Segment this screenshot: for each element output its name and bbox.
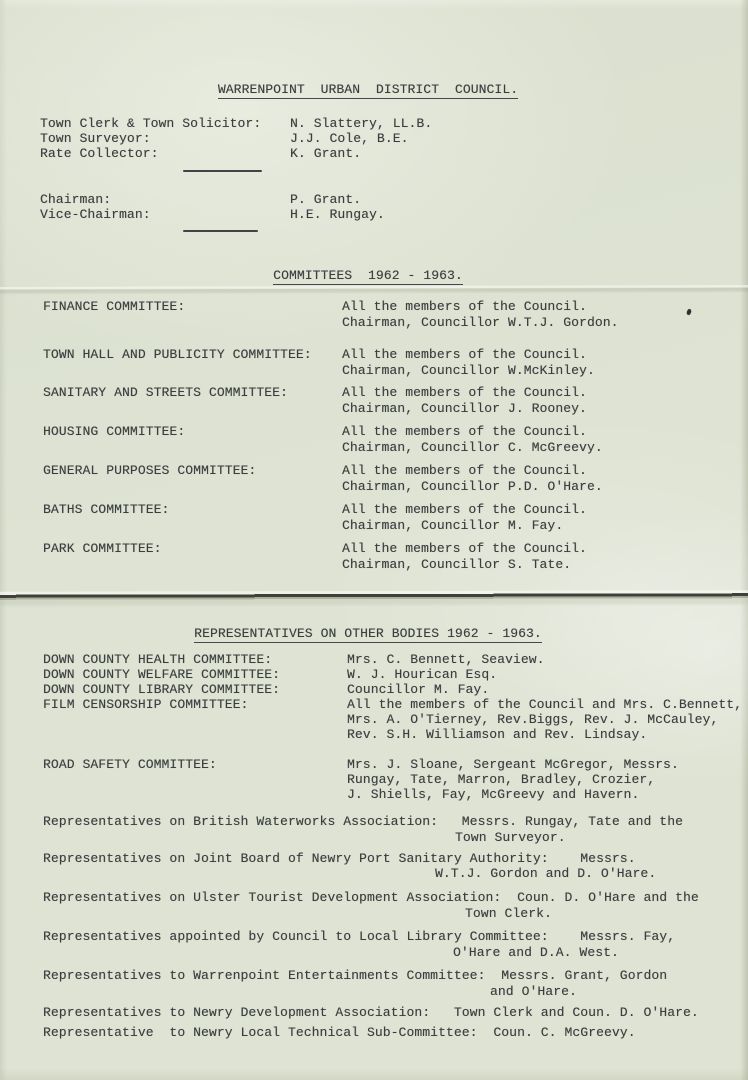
committee-members: All the members of the Council. — [342, 502, 587, 517]
rep-paragraph-line: Representative to Newry Local Technical … — [43, 1025, 636, 1040]
body-members: Mrs. A. O'Tierney, Rev.Biggs, Rev. J. Mc… — [347, 712, 718, 727]
body-members: Rev. S.H. Williamson and Rev. Lindsay. — [347, 727, 647, 742]
committee-label: FINANCE COMMITTEE: — [43, 299, 185, 314]
body-members: Rungay, Tate, Marron, Bradley, Crozier, — [347, 772, 655, 787]
body-members: Mrs. C. Bennett, Seaview. — [347, 652, 545, 667]
official-label: Town Clerk & Town Solicitor: — [40, 116, 261, 131]
official-value: N. Slattery, LL.B. — [290, 116, 432, 131]
rep-paragraph-line: O'Hare and D.A. West. — [453, 945, 619, 960]
body-members: J. Shiells, Fay, McGreevy and Havern. — [347, 787, 639, 802]
page-title: WARRENPOINT URBAN DISTRICT COUNCIL. — [218, 82, 518, 99]
committee-label: TOWN HALL AND PUBLICITY COMMITTEE: — [43, 347, 312, 362]
committee-label: BATHS COMMITTEE: — [43, 502, 169, 517]
body-label: DOWN COUNTY HEALTH COMMITTEE: — [43, 652, 272, 667]
committee-chairman: Chairman, Councillor W.McKinley. — [342, 363, 595, 378]
paper-fold-line — [0, 590, 748, 610]
official-value: K. Grant. — [290, 146, 361, 161]
body-label: ROAD SAFETY COMMITTEE: — [43, 757, 217, 772]
rep-paragraph-line: Town Clerk. — [465, 906, 552, 921]
committee-chairman: Chairman, Councillor M. Fay. — [342, 518, 563, 533]
committee-chairman: Chairman, Councillor W.T.J. Gordon. — [342, 315, 619, 330]
official-label: Town Surveyor: — [40, 131, 151, 146]
committee-members: All the members of the Council. — [342, 463, 587, 478]
officer-value: P. Grant. — [290, 192, 361, 207]
rep-paragraph-line: and O'Hare. — [490, 984, 577, 999]
representatives-title-row: REPRESENTATIVES ON OTHER BODIES 1962 - 1… — [0, 626, 748, 641]
rep-paragraph-line: Representatives to Warrenpoint Entertain… — [43, 968, 667, 983]
ink-speck — [686, 309, 692, 316]
committee-label: GENERAL PURPOSES COMMITTEE: — [43, 463, 256, 478]
divider-rule — [183, 230, 258, 232]
rep-paragraph-line: Representatives on Joint Board of Newry … — [43, 851, 636, 866]
document-title-row: WARRENPOINT URBAN DISTRICT COUNCIL. — [0, 82, 748, 97]
rep-paragraph-line: W.T.J. Gordon and D. O'Hare. — [435, 866, 656, 881]
committees-title: COMMITTEES 1962 - 1963. — [273, 268, 463, 285]
officer-label: Vice-Chairman: — [40, 207, 151, 222]
rep-paragraph-line: Representatives to Newry Development Ass… — [43, 1005, 699, 1020]
official-label: Rate Collector: — [40, 146, 159, 161]
committee-members: All the members of the Council. — [342, 541, 587, 556]
body-members: All the members of the Council and Mrs. … — [347, 697, 742, 712]
body-members: W. J. Hourican Esq. — [347, 667, 497, 682]
body-label: DOWN COUNTY LIBRARY COMMITTEE: — [43, 682, 280, 697]
committee-members: All the members of the Council. — [342, 347, 587, 362]
rep-paragraph-line: Town Surveyor. — [455, 830, 566, 845]
committee-chairman: Chairman, Councillor J. Rooney. — [342, 401, 587, 416]
committees-title-row: COMMITTEES 1962 - 1963. — [0, 268, 748, 283]
committee-label: PARK COMMITTEE: — [43, 541, 162, 556]
rep-paragraph-line: Representatives appointed by Council to … — [43, 929, 675, 944]
scanned-document-page: WARRENPOINT URBAN DISTRICT COUNCIL. Town… — [0, 0, 748, 1080]
body-members: Mrs. J. Sloane, Sergeant McGregor, Messr… — [347, 757, 679, 772]
committee-members: All the members of the Council. — [342, 424, 587, 439]
committee-chairman: Chairman, Councillor P.D. O'Hare. — [342, 479, 603, 494]
committee-label: HOUSING COMMITTEE: — [43, 424, 185, 439]
official-value: J.J. Cole, B.E. — [290, 131, 409, 146]
paper-crease — [0, 285, 748, 296]
body-members: Councillor M. Fay. — [347, 682, 489, 697]
representatives-title: REPRESENTATIVES ON OTHER BODIES 1962 - 1… — [194, 626, 542, 643]
body-label: FILM CENSORSHIP COMMITTEE: — [43, 697, 248, 712]
body-label: DOWN COUNTY WELFARE COMMITTEE: — [43, 667, 280, 682]
officer-label: Chairman: — [40, 192, 111, 207]
committee-label: SANITARY AND STREETS COMMITTEE: — [43, 385, 288, 400]
officer-value: H.E. Rungay. — [290, 207, 385, 222]
rep-paragraph-line: Representatives on British Waterworks As… — [43, 814, 683, 829]
rep-paragraph-line: Representatives on Ulster Tourist Develo… — [43, 890, 699, 905]
divider-rule — [183, 170, 262, 172]
committee-chairman: Chairman, Councillor S. Tate. — [342, 557, 571, 572]
committee-members: All the members of the Council. — [342, 299, 587, 314]
committee-members: All the members of the Council. — [342, 385, 587, 400]
committee-chairman: Chairman, Councillor C. McGreevy. — [342, 440, 603, 455]
